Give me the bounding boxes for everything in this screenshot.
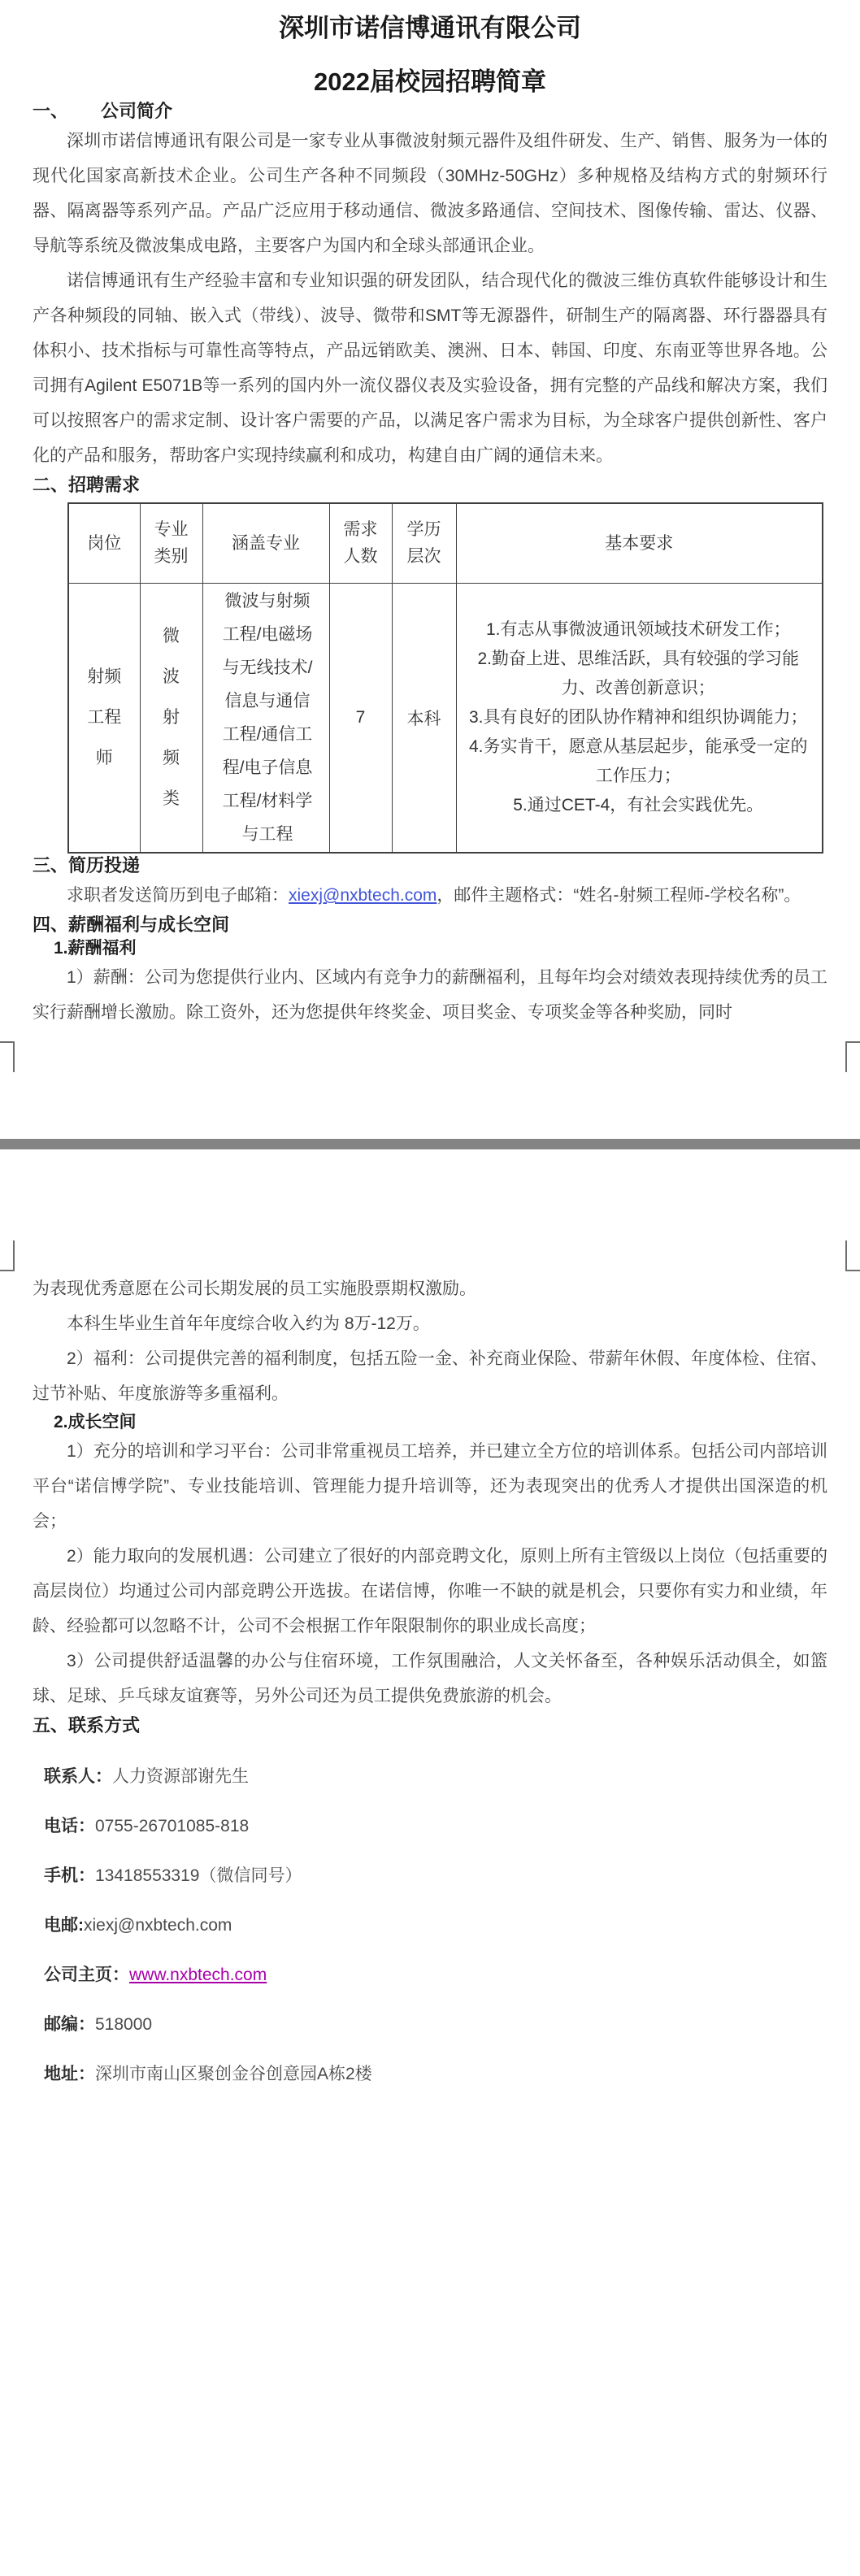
requirement-item: 3.具有良好的团队协作精神和组织协调能力； (463, 703, 814, 732)
section-heading-text: 公司简介 (101, 101, 172, 121)
page-corner-mark-right (845, 1240, 860, 1271)
page-corner-mark-left (0, 1041, 15, 1072)
resume-delivery-paragraph: 求职者发送简历到电子邮箱：xiexj@nxbtech.com，邮件主题格式：“姓… (33, 878, 827, 913)
growth-paragraph-2: 2）能力取向的发展机遇：公司建立了很好的内部竞聘文化，原则上所有主管级以上岗位（… (33, 1539, 827, 1644)
document-page: 深圳市诺信博通讯有限公司 2022届校园招聘简章 一、公司简介 深圳市诺信博通讯… (0, 0, 860, 2576)
resume-paragraph-prefix: 求职者发送简历到电子邮箱： (67, 886, 289, 905)
section-heading-salary-growth: 四、薪酬福利与成长空间 (33, 913, 827, 937)
requirement-item: 4.务实肯干，愿意从基层起步，能承受一定的工作压力； (463, 732, 814, 791)
subheading-salary-welfare: 1.薪酬福利 (33, 937, 827, 960)
page-corner-mark-right (845, 1041, 860, 1072)
cell-category: 微波射频类 (140, 583, 202, 853)
table-row: 射频工程师 微波射频类 微波与射频工程/电磁场与无线技术/信息与通信工程/通信工… (68, 583, 823, 853)
section-heading-resume-delivery: 三、简历投递 (33, 854, 827, 878)
contact-label: 手机： (44, 1866, 95, 1885)
contact-label: 邮编： (44, 2015, 95, 2034)
contact-row-homepage: 公司主页：www.nxbtech.com (33, 1957, 827, 1992)
recruitment-table: 岗位 专业类别 涵盖专业 需求人数 学历层次 基本要求 射频工程师 微波射频类 … (67, 502, 823, 854)
contact-row-mobile: 手机：13418553319（微信同号） (33, 1858, 827, 1893)
contact-value: xiexj@nxbtech.com (84, 1916, 232, 1935)
contact-label: 电话： (44, 1817, 95, 1835)
company-intro-paragraph-1: 深圳市诺信博通讯有限公司是一家专业从事微波射频元器件及组件研发、生产、销售、服务… (33, 124, 827, 263)
subheading-growth-space: 2.成长空间 (33, 1411, 827, 1434)
income-paragraph: 本科生毕业生首年年度综合收入约为 8万-12万。 (33, 1306, 827, 1341)
column-header-degree: 学历层次 (392, 503, 456, 583)
requirement-item: 1.有志从事微波通讯领域技术研发工作； (463, 615, 814, 645)
column-header-majors: 涵盖专业 (202, 503, 329, 583)
growth-paragraph-1: 1）充分的培训和学习平台：公司非常重视员工培养，并已建立全方位的培训体系。包括公… (33, 1434, 827, 1539)
cell-degree: 本科 (392, 583, 456, 853)
section-heading-contact: 五、联系方式 (33, 1714, 827, 1738)
doc-subtitle: 2022届校园招聘简章 (33, 65, 827, 99)
contacts-block: 联系人：人力资源部谢先生 电话：0755-26701085-818 手机：134… (33, 1759, 827, 2092)
contact-row-address: 地址：深圳市南山区聚创金谷创意园A栋2楼 (33, 2057, 827, 2092)
section-number: 一、 (33, 101, 68, 121)
requirement-item: 2.勤奋上进、思维活跃，具有较强的学习能力、改善创新意识； (463, 645, 814, 703)
table-header-row: 岗位 专业类别 涵盖专业 需求人数 学历层次 基本要求 (68, 503, 823, 583)
page-top-margin-marks (0, 1240, 860, 1271)
contact-label: 电邮: (44, 1916, 84, 1935)
contact-value: 13418553319（微信同号） (95, 1866, 302, 1885)
contact-value: 深圳市南山区聚创金谷创意园A栋2楼 (95, 2065, 372, 2083)
page-bottom-margin-marks (0, 1041, 860, 1072)
contact-value: 0755-26701085-818 (95, 1817, 249, 1835)
contact-row-phone: 电话：0755-26701085-818 (33, 1809, 827, 1844)
resume-paragraph-suffix: ，邮件主题格式：“姓名-射频工程师-学校名称”。 (437, 886, 801, 905)
contact-value: 人力资源部谢先生 (112, 1767, 249, 1786)
salary-paragraph-continued: 为表现优秀意愿在公司长期发展的员工实施股票期权激励。 (33, 1271, 827, 1306)
contact-label: 联系人： (44, 1767, 112, 1786)
salary-paragraph: 1）薪酬：公司为您提供行业内、区域内有竞争力的薪酬福利，且每年均会对绩效表现持续… (33, 960, 827, 1030)
contact-label: 地址： (44, 2065, 95, 2083)
page-break-zone (0, 1041, 860, 1271)
doc-title: 深圳市诺信博通讯有限公司 (33, 11, 827, 46)
growth-paragraph-3: 3）公司提供舒适温馨的办公与住宿环境，工作氛围融洽，人文关怀备至，各种娱乐活动俱… (33, 1644, 827, 1714)
contact-value: 518000 (95, 2015, 152, 2034)
cell-position: 射频工程师 (68, 583, 140, 853)
contact-row-person: 联系人：人力资源部谢先生 (33, 1759, 827, 1794)
page-corner-mark-left (0, 1240, 15, 1271)
requirement-item: 5.通过CET-4，有社会实践优先。 (463, 791, 814, 820)
contact-label: 公司主页： (44, 1966, 129, 1984)
contact-row-email: 电邮:xiexj@nxbtech.com (33, 1908, 827, 1943)
cell-majors: 微波与射频工程/电磁场与无线技术/信息与通信工程/通信工程/电子信息工程/材料学… (202, 583, 329, 853)
column-header-requirements: 基本要求 (456, 503, 823, 583)
contact-row-zipcode: 邮编：518000 (33, 2007, 827, 2042)
email-link[interactable]: xiexj@nxbtech.com (289, 886, 437, 905)
company-intro-paragraph-2: 诺信博通讯有生产经验丰富和专业知识强的研发团队，结合现代化的微波三维仿真软件能够… (33, 263, 827, 473)
cell-requirements: 1.有志从事微波通讯领域技术研发工作； 2.勤奋上进、思维活跃，具有较强的学习能… (456, 583, 823, 853)
column-header-category: 专业类别 (140, 503, 202, 583)
cell-count: 7 (329, 583, 392, 853)
column-header-count: 需求人数 (329, 503, 392, 583)
section-heading-recruit-needs: 二、招聘需求 (33, 473, 827, 497)
column-header-position: 岗位 (68, 503, 140, 583)
homepage-link[interactable]: www.nxbtech.com (129, 1966, 267, 1984)
welfare-paragraph: 2）福利：公司提供完善的福利制度，包括五险一金、补充商业保险、带薪年休假、年度体… (33, 1341, 827, 1411)
page-break-bar (0, 1139, 860, 1149)
section-heading-company-intro: 一、公司简介 (33, 99, 827, 124)
